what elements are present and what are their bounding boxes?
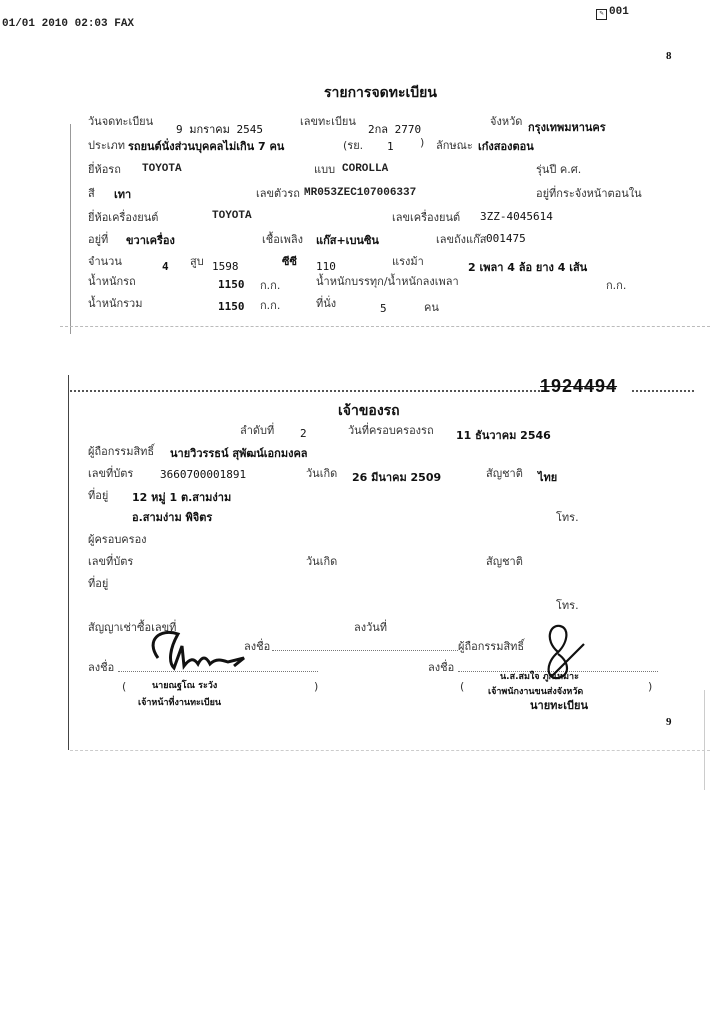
- kg-label-1: ก.ก.: [260, 276, 280, 294]
- corner-mark-bottom: 9: [666, 716, 672, 728]
- owner-nationality: ไทย: [538, 468, 557, 486]
- left-signer-role: เจ้าหน้าที่งานทะเบียน: [138, 695, 221, 709]
- engine-brand: TOYOTA: [212, 210, 252, 222]
- vehicle-type: รถยนต์นั่งส่วนบุคคลไม่เกิน 7 คน: [128, 137, 284, 155]
- sign-label-right: ลงชื่อ: [428, 658, 454, 676]
- owner-section-title: เจ้าของรถ: [338, 400, 400, 422]
- owner-name: นายวิวรรธน์ สุพัฒน์เอกมงคล: [170, 444, 308, 462]
- bottom-separator: [70, 750, 710, 751]
- nationality-label: สัญชาติ: [486, 464, 523, 482]
- persons-label: คน: [424, 298, 439, 316]
- reg-date: 9 มกราคม 2545: [176, 120, 263, 138]
- ry-label: (รย.: [343, 136, 363, 154]
- year-label: รุ่นปี ค.ศ.: [536, 160, 581, 178]
- possession-date: 11 ธันวาคม 2546: [456, 426, 551, 444]
- owner-phone-label: โทร.: [556, 508, 579, 526]
- engine-brand-label: ยี่ห้อเครื่องยนต์: [88, 208, 158, 226]
- kg-label-3: ก.ก.: [260, 296, 280, 314]
- weight: 1150: [218, 278, 245, 291]
- chassis-number: MR053ZEC107006337: [304, 187, 416, 199]
- model: COROLLA: [342, 163, 388, 175]
- weight-label: น้ำหนักรถ: [88, 272, 136, 290]
- brand: TOYOTA: [142, 163, 182, 175]
- border-right: [704, 690, 705, 790]
- engine-number: 3ZZ-4045614: [480, 210, 553, 223]
- owner-label: ผู้ถือกรรมสิทธิ์: [88, 442, 154, 460]
- possession-date-label: วันที่ครอบครองรถ: [348, 421, 434, 439]
- owner-address-line2: อ.สามง่าม พิจิตร: [132, 508, 212, 526]
- chassis-location: อยู่ที่กระจังหน้าตอนใน: [536, 184, 642, 202]
- owner-dob: 26 มีนาคม 2509: [352, 468, 441, 486]
- dob-label: วันเกิด: [306, 464, 337, 482]
- right-signer-name: น.ส.สมใจ ภูกเหมาะ: [500, 669, 579, 683]
- fuel: แก๊ส+เบนซิน: [316, 231, 379, 249]
- brand-label: ยี่ห้อรถ: [88, 160, 121, 178]
- owner-signature-role: ผู้ถือกรรมสิทธิ์: [458, 637, 524, 655]
- gas-tank-label: เลขถังแก๊ส: [436, 230, 487, 248]
- location-label: อยู่ที่: [88, 230, 108, 248]
- hp-label: แรงม้า: [392, 252, 424, 270]
- contract-date-label: ลงวันที่: [354, 618, 387, 636]
- kg-label-2: ก.ก.: [606, 276, 626, 294]
- possessor-label: ผู้ครอบครอง: [88, 530, 147, 548]
- order-label: ลำดับที่: [240, 421, 274, 439]
- load-label: น้ำหนักบรรทุก/น้ำหนักลงเพลา: [316, 272, 459, 290]
- sign-line-middle: [272, 650, 458, 651]
- gross-weight-label: น้ำหนักรวม: [88, 294, 142, 312]
- cylinders: 4: [162, 260, 169, 273]
- security-strip-right: [632, 390, 694, 392]
- registration-title: รายการจดทะเบียน: [324, 82, 437, 104]
- plate-label: เลขทะเบียน: [300, 112, 356, 130]
- style: เก๋งสองตอน: [478, 137, 534, 155]
- corner-mark-top: 8: [666, 50, 672, 62]
- possessor-phone-label: โทร.: [556, 596, 579, 614]
- chassis-label: เลขตัวรถ: [256, 184, 300, 202]
- color-label: สี: [88, 184, 95, 202]
- engine-no-label: เลขเครื่องยนต์: [392, 208, 460, 226]
- fax-page-icon: ✎: [596, 9, 607, 20]
- color: เทา: [114, 185, 131, 203]
- left-paren-open: (: [122, 680, 126, 693]
- left-signer-name: นายณฐโณ ระวัง: [152, 678, 217, 692]
- ry-value: 1: [387, 140, 394, 153]
- ry-close: ): [420, 136, 424, 149]
- right-paren-close: ): [648, 680, 652, 693]
- possessor-nationality-label: สัญชาติ: [486, 552, 523, 570]
- border-left-top: [70, 124, 71, 334]
- style-label: ลักษณะ: [436, 136, 473, 154]
- cc-label: ซีซี: [282, 252, 297, 270]
- possessor-dob-label: วันเกิด: [306, 552, 337, 570]
- address-label: ที่อยู่: [88, 486, 108, 504]
- fuel-label: เชื้อเพลิง: [262, 230, 303, 248]
- axles-wheels: 2 เพลา 4 ล้อ ยาง 4 เส้น: [468, 258, 587, 276]
- left-paren-close: ): [314, 680, 318, 693]
- count-label: จำนวน: [88, 252, 122, 270]
- border-left-bottom: [68, 375, 69, 750]
- plate: 2กล 2770: [368, 120, 421, 138]
- fax-page-counter: ✎001: [596, 6, 629, 20]
- cylinder-label: สูบ: [190, 252, 204, 270]
- left-signature: [140, 628, 260, 674]
- possessor-id-label: เลขที่บัตร: [88, 552, 133, 570]
- fax-timestamp: 01/01 2010 02:03 FAX: [2, 18, 134, 30]
- cc-value: 1598: [212, 260, 239, 273]
- province-label: จังหวัด: [490, 112, 522, 130]
- possessor-address-label: ที่อยู่: [88, 574, 108, 592]
- sign-label-left: ลงชื่อ: [88, 658, 114, 676]
- seats-label: ที่นั่ง: [316, 294, 336, 312]
- id-label: เลขที่บัตร: [88, 464, 133, 482]
- section-separator-1: [60, 326, 710, 327]
- stamp-number: 1924494: [540, 376, 617, 397]
- seats: 5: [380, 302, 387, 315]
- gross-weight: 1150: [218, 300, 245, 313]
- security-strip: [70, 390, 540, 392]
- reg-date-label: วันจดทะเบียน: [88, 112, 153, 130]
- engine-location: ขวาเครื่อง: [126, 231, 175, 249]
- type-label: ประเภท: [88, 136, 125, 154]
- order-number: 2: [300, 427, 307, 440]
- registrar-title: นายทะเบียน: [530, 696, 588, 714]
- gas-tank-number: 001475: [486, 232, 526, 245]
- province: กรุงเทพมหานคร: [528, 118, 606, 136]
- right-paren-open: (: [460, 680, 464, 693]
- model-label: แบบ: [314, 160, 335, 178]
- owner-id: 3660700001891: [160, 468, 246, 481]
- owner-address-line1: 12 หมู่ 1 ต.สามง่าม: [132, 488, 231, 506]
